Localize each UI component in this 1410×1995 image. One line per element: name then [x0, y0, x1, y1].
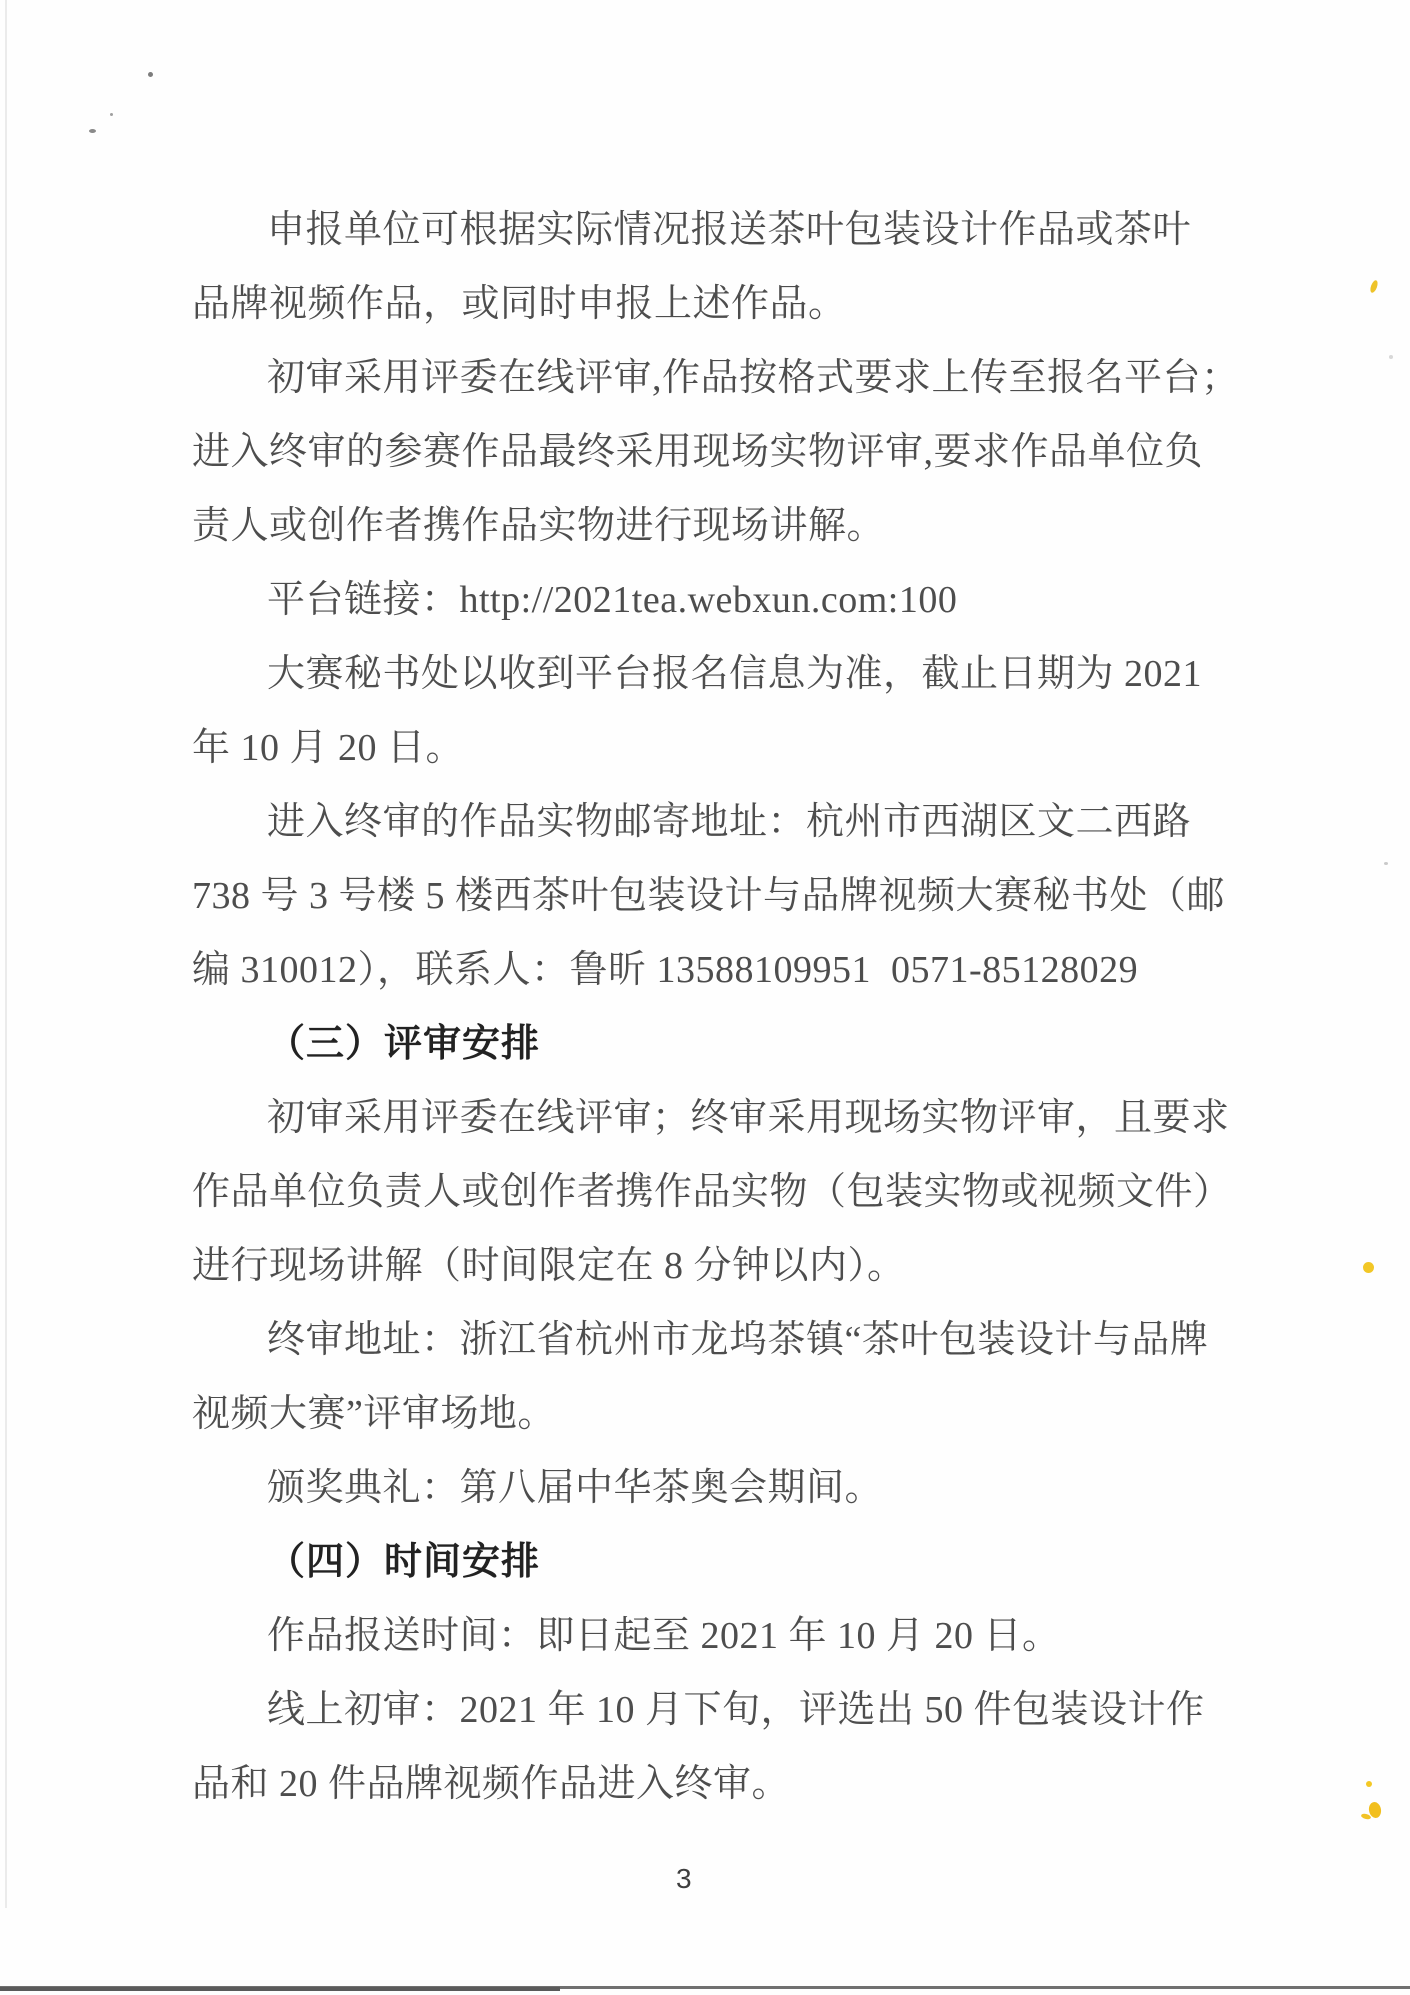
dust-speck [110, 113, 113, 116]
document-page: 申报单位可根据实际情况报送茶叶包装设计作品或茶叶品牌视频作品，或同时申报上述作品… [0, 0, 1410, 1995]
page-number: 3 [676, 1862, 692, 1896]
scan-edge-line [5, 0, 7, 1908]
scan-edge-line [0, 1987, 560, 1991]
text-line: 视频大赛”评审场地。 [192, 1377, 1312, 1451]
text-line: 初审采用评委在线评审,作品按格式要求上传至报名平台； [192, 341, 1312, 415]
text-line: 线上初审：2021 年 10 月下旬，评选出 50 件包装设计作 [192, 1673, 1312, 1747]
text-line: 品和 20 件品牌视频作品进入终审。 [192, 1747, 1312, 1821]
yellow-mark-speck [1369, 279, 1379, 293]
text-line: 738 号 3 号楼 5 楼西茶叶包装设计与品牌视频大赛秘书处（邮 [192, 859, 1312, 933]
yellow-mark-speck [1363, 1262, 1374, 1273]
dust-speck [148, 72, 153, 77]
text-line: 初审采用评委在线评审；终审采用现场实物评审，且要求 [192, 1081, 1312, 1155]
text-line: 作品报送时间：即日起至 2021 年 10 月 20 日。 [192, 1599, 1312, 1673]
text-line: 申报单位可根据实际情况报送茶叶包装设计作品或茶叶 [192, 193, 1312, 267]
text-line: 作品单位负责人或创作者携作品实物（包装实物或视频文件） [192, 1155, 1312, 1229]
section-heading: （四）时间安排 [192, 1525, 1312, 1599]
text-line: 进入终审的作品实物邮寄地址：杭州市西湖区文二西路 [192, 785, 1312, 859]
text-line: 进行现场讲解（时间限定在 8 分钟以内）。 [192, 1229, 1312, 1303]
dust-speck [89, 129, 96, 133]
text-line: 品牌视频作品，或同时申报上述作品。 [192, 267, 1312, 341]
text-line: 大赛秘书处以收到平台报名信息为准，截止日期为 2021 [192, 637, 1312, 711]
text-column: 申报单位可根据实际情况报送茶叶包装设计作品或茶叶品牌视频作品，或同时申报上述作品… [192, 193, 1312, 1821]
text-line: 编 310012），联系人：鲁昕 13588109951 0571-851280… [192, 933, 1312, 1007]
text-line: 责人或创作者携作品实物进行现场讲解。 [192, 489, 1312, 563]
text-line: 颁奖典礼：第八届中华茶奥会期间。 [192, 1451, 1312, 1525]
yellow-mark-speck [1366, 1781, 1372, 1787]
text-line: 进入终审的参赛作品最终采用现场实物评审,要求作品单位负 [192, 415, 1312, 489]
section-heading: （三）评审安排 [192, 1007, 1312, 1081]
text-line: 年 10 月 20 日。 [192, 711, 1312, 785]
dust-speck [1384, 862, 1388, 865]
dust-speck [1389, 355, 1393, 359]
text-line: 终审地址：浙江省杭州市龙坞茶镇“茶叶包装设计与品牌 [192, 1303, 1312, 1377]
text-line: 平台链接：http://2021tea.webxun.com:100 [192, 563, 1312, 637]
